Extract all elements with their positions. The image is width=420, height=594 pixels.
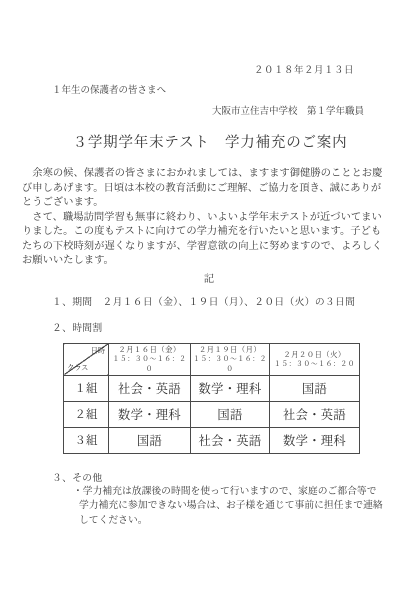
subject-cell: 社会・英語 (109, 375, 191, 401)
subject-cell: 社会・英語 (191, 427, 270, 453)
body-line: りました。この度もテストに向けての学力補充を行いたいと思います。子ども (22, 225, 420, 240)
subject-cell: 数学・理科 (109, 401, 191, 427)
timetable-row: ３組 国語 社会・英語 数学・理科 (64, 427, 360, 453)
addressee-line: １年生の保護者の皆さまへ (52, 82, 420, 96)
body-line: お願いいたします。 (22, 254, 420, 269)
document-title: ３学期学年末テスト 学力補充のご案内 (0, 131, 420, 152)
body-line: 余寒の候、保護者の皆さまにおかれましては、ますます御健勝のこととお慶 (22, 167, 420, 182)
body-line: たちの下校時刻が遅くなりますが、学習意欲の向上に努めますので、よろしく (22, 240, 420, 255)
timetable-col-header: ２月２０日（火） １５：３０～１６：２０ (270, 343, 360, 375)
document-date: ２０１８年２月１３日 (0, 0, 420, 76)
timetable-corner-cell: 日時 クラス (64, 343, 109, 375)
body-line: とうございます。 (22, 196, 420, 211)
column-date: ２月１６日（金） (109, 344, 190, 355)
subject-cell: 数学・理科 (191, 375, 270, 401)
body-text: 余寒の候、保護者の皆さまにおかれましては、ますます御健勝のこととお慶 び申しあげ… (22, 167, 420, 269)
corner-class-label: クラス (67, 363, 88, 373)
timetable: 日時 クラス ２月１６日（金） １５：３０～１６：２０ ２月１９日（月） １５：… (63, 343, 360, 454)
subject-cell: 社会・英語 (270, 401, 360, 427)
subject-cell: 数学・理科 (270, 427, 360, 453)
item-other: ３、その他 (52, 470, 420, 484)
timetable-col-header: ２月１９日（月） １５：３０～１６：２０ (191, 343, 270, 375)
class-cell: ２組 (64, 401, 109, 427)
item-schedule: ２、時間割 (52, 320, 420, 334)
record-mark: 記 (0, 270, 420, 285)
column-time: １５：３０～１６：２０ (109, 355, 190, 375)
subject-cell: 国語 (191, 401, 270, 427)
subject-cell: 国語 (270, 375, 360, 401)
column-date: ２月２０日（火） (270, 349, 359, 360)
column-date: ２月１９日（月） (191, 344, 269, 355)
timetable-row: １組 社会・英語 数学・理科 国語 (64, 375, 360, 401)
body-line: び申しあげます。日頃は本校の教育活動にご理解、ご協力を頂き、誠にありが (22, 182, 420, 197)
note-line: 学力補充に参加できない場合は、お子様を通じて事前に担任まで連絡 (79, 499, 420, 514)
timetable-header-row: 日時 クラス ２月１６日（金） １５：３０～１６：２０ ２月１９日（月） １５：… (64, 343, 360, 375)
subject-cell: 国語 (109, 427, 191, 453)
timetable-col-header: ２月１６日（金） １５：３０～１６：２０ (109, 343, 191, 375)
column-time: １５：３０～１６：２０ (270, 360, 359, 370)
sender-line: 大阪市立住吉中学校 第１学年職員 (0, 103, 420, 117)
body-line: さて、職場訪問学習も無事に終わり、いよいよ学年末テストが近づいてまい (22, 211, 420, 226)
column-time: １５：３０～１６：２０ (191, 355, 269, 375)
document-page: ２０１８年２月１３日 １年生の保護者の皆さまへ 大阪市立住吉中学校 第１学年職員… (0, 0, 420, 594)
timetable-row: ２組 数学・理科 国語 社会・英語 (64, 401, 360, 427)
item-period: １、期間 ２月１６日（金）、１９日（月）、２０日（火）の３日間 (52, 294, 420, 308)
note-line: してください。 (79, 514, 420, 529)
class-cell: ３組 (64, 427, 109, 453)
corner-date-label: 日時 (91, 346, 105, 356)
class-cell: １組 (64, 375, 109, 401)
note-line: ・学力補充は放課後の時間を使って行いますので、家庭のご都合等で (73, 485, 420, 500)
